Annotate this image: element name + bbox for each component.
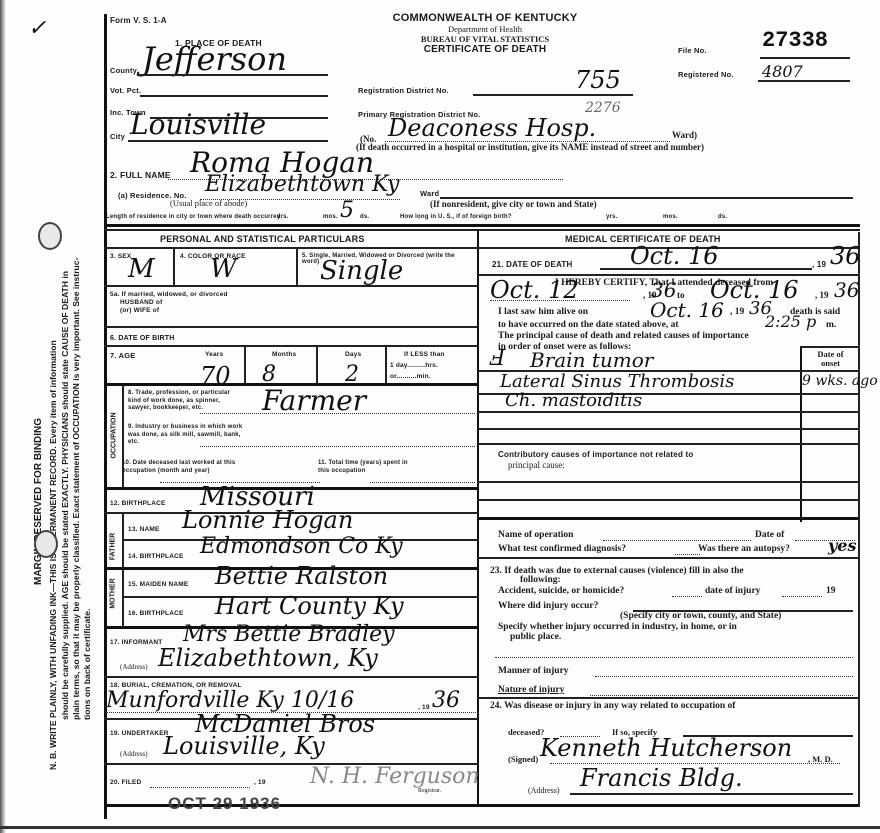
cause-1-mark: Ⅎ	[490, 346, 505, 371]
attended-to-year: 36	[834, 278, 859, 302]
mother-name-value: Bettie Ralston	[215, 562, 388, 590]
address-value: Francis Bldg.	[580, 764, 743, 792]
occupation-side-label: OCCUPATION	[111, 406, 118, 466]
less-than-min: or..........min.	[390, 373, 431, 380]
accident-line	[672, 596, 702, 597]
cause-line	[478, 443, 858, 445]
nature-label: Nature of injury	[498, 685, 564, 695]
attended-from-line	[490, 300, 630, 301]
birthplace-label: 12. BIRTHPLACE	[110, 500, 166, 507]
age-divider	[385, 345, 387, 383]
trade-label: 8. Trade, profession, or particular kind…	[128, 390, 238, 413]
county-label: County	[110, 66, 137, 75]
bureau-title: BUREAU OF VITAL STATISTICS	[360, 34, 610, 44]
registrar-signature: N. H. Ferguson	[310, 764, 480, 789]
autopsy-label: Was there an autopsy?	[698, 544, 790, 554]
signed-label: (Signed)	[508, 754, 538, 764]
row-line	[104, 345, 478, 347]
department-title: Department of Health	[360, 24, 610, 34]
residence-value: Elizabethtown Ky	[205, 172, 400, 197]
race-divider	[296, 247, 298, 285]
length-yrs-label: yrs.	[277, 214, 288, 220]
us-yrs-label: yrs.	[606, 214, 617, 220]
mother-side-label: MOTHER	[110, 574, 117, 614]
binding-hole	[34, 530, 58, 558]
us-residence-label: How long in U. S., if of foreign birth?	[400, 214, 512, 220]
filed-label: 20. FILED	[110, 779, 141, 786]
length-mos-label: mos.	[323, 214, 338, 220]
contributory-label-1: Contributory causes of importance not re…	[498, 450, 693, 459]
specify-city-note: (Specify city or town, county, and State…	[620, 611, 781, 621]
certificate-title: CERTIFICATE OF DEATH	[360, 44, 610, 55]
us-ds-label: ds.	[718, 214, 727, 220]
onset-header: Date of onset	[808, 350, 853, 368]
bottom-edge-line	[0, 826, 880, 829]
autopsy-value: yes	[828, 536, 856, 555]
cause-line	[478, 411, 858, 413]
us-mos-label: mos.	[663, 214, 678, 220]
last-saw-label: I last saw him alive on	[498, 307, 588, 317]
dob-label: 6. DATE OF BIRTH	[110, 335, 175, 342]
trade-line	[200, 413, 475, 414]
form-number: Form V. S. 1-A	[110, 16, 167, 25]
injury-date-line	[782, 596, 822, 597]
spouse-label-line-3: (or) WIFE of	[110, 307, 228, 315]
father-birthplace-value: Edmondson Co Ky	[200, 534, 403, 559]
injury-date-label: date of injury	[705, 586, 760, 596]
city-label: City	[110, 132, 125, 141]
years-label: Years	[205, 351, 223, 358]
county-line	[138, 74, 328, 76]
mother-birthplace-value: Hart County Ky	[215, 592, 404, 620]
page-edge-shadow	[0, 0, 6, 833]
mother-birthplace-label: 16. BIRTHPLACE	[128, 610, 184, 617]
binding-hole	[38, 222, 62, 250]
principal-text-1: The principal cause of death and related…	[498, 331, 749, 341]
informant-address-value: Elizabethtown, Ky	[158, 644, 378, 672]
hospital-note: (If death occurred in a hospital or inst…	[356, 142, 704, 152]
city-line	[128, 140, 328, 142]
md-label: , M. D.	[808, 754, 833, 764]
operation-date-label: Date of	[755, 530, 784, 540]
age-label: 7. AGE	[110, 351, 136, 360]
days-label: Days	[345, 351, 361, 358]
race-value: W	[210, 254, 237, 284]
filed-stamp: OCT 29 1936	[168, 794, 281, 814]
date-of-death-year: 36	[830, 242, 861, 270]
address-line	[570, 793, 853, 795]
cause-2-value: Lateral Sinus Thrombosis	[500, 371, 734, 392]
injury-year-prefix: 19	[826, 586, 836, 596]
length-ds-label: ds.	[360, 214, 369, 220]
occupation-question-2: deceased?	[508, 727, 544, 737]
contributory-line	[478, 517, 858, 520]
street-value: Deaconess Hosp.	[388, 114, 596, 142]
months-label: Months	[272, 351, 296, 358]
row-line	[104, 326, 478, 328]
specify-line	[495, 657, 853, 658]
personal-header: PERSONAL AND STATISTICAL PARTICULARS	[160, 234, 365, 244]
occurred-text: to have occurred on the date stated abov…	[498, 320, 679, 330]
row-line	[104, 676, 478, 678]
undertaker-address-value: Louisville, Ky	[163, 732, 325, 760]
registered-no-value: 4807	[762, 62, 803, 81]
father-side-label: FATHER	[110, 527, 117, 567]
father-birthplace-label: 14. BIRTHPLACE	[128, 553, 184, 560]
section-divider-2	[104, 229, 860, 231]
county-value: Jefferson	[142, 40, 287, 78]
spouse-label: 5a. If married, widowed, or divorced HUS…	[110, 291, 228, 315]
city-value: Louisville	[130, 108, 266, 141]
total-time-line	[370, 482, 475, 483]
margin-instruction-line-3: plain terms, so that it may be properly …	[71, 258, 81, 720]
years-value: 70	[200, 362, 231, 390]
operation-label: Name of operation	[498, 530, 573, 540]
specify-whether-1: Specify whether injury occurred in indus…	[498, 622, 737, 632]
informant-label: 17. INFORMANT	[110, 639, 162, 646]
undertaker-address-label: (Address)	[120, 750, 148, 758]
spouse-label-line-1: 5a. If married, widowed, or divorced	[110, 291, 228, 299]
commonwealth-title: COMMONWEALTH OF KENTUCKY	[360, 12, 610, 24]
file-no-label: File No.	[678, 46, 707, 55]
attended-to-year-prefix: , 19	[815, 290, 829, 300]
row-line	[104, 285, 478, 287]
occurred-time: 2:25 p	[765, 312, 816, 331]
onset-top-line	[800, 346, 858, 348]
nonresident-note: (If nonresident, give city or town and S…	[430, 199, 597, 209]
file-no-value: 27338	[762, 28, 828, 53]
nature-line	[590, 695, 853, 696]
row-line	[478, 697, 858, 699]
informant-address-label: (Address)	[120, 663, 148, 671]
sex-divider	[173, 247, 175, 285]
less-than-day: 1 day.........hrs.	[390, 362, 438, 369]
age-divider	[316, 345, 318, 383]
test-line	[675, 554, 700, 555]
cause-line	[478, 428, 858, 430]
sex-value: M	[128, 254, 155, 284]
usual-place-note: (Usual place of abode)	[170, 198, 247, 208]
row-line	[478, 557, 858, 559]
last-saw-year-prefix: , 19	[730, 307, 744, 317]
specify-whether-2: public place.	[510, 632, 561, 642]
filed-line	[150, 787, 250, 788]
street-label-post: Ward)	[672, 130, 697, 140]
personal-row-line	[104, 247, 478, 249]
date-of-death-year-prefix: , 19	[812, 260, 826, 269]
total-time-label: 11. Total time (years) spent in this occ…	[318, 460, 413, 475]
last-worked-label: 10. Date deceased last worked at this oc…	[122, 460, 237, 475]
last-saw-value: Oct. 16	[650, 298, 724, 322]
occupation-question-1: 24. Was disease or injury in any way rel…	[490, 701, 735, 711]
father-name-value: Lonnie Hogan	[182, 506, 353, 534]
section-divider	[104, 224, 860, 227]
ward-label: Ward	[420, 189, 439, 198]
burial-year-prefix: , 19	[418, 704, 430, 711]
registration-district-value: 755	[575, 66, 621, 94]
manner-label: Manner of injury	[498, 666, 569, 676]
date-of-death-label: 21. DATE OF DEATH	[492, 260, 572, 269]
length-mos-value: 5	[340, 198, 354, 223]
marital-value: Single	[320, 256, 403, 286]
file-no-line	[760, 57, 850, 59]
cause-1-value: Brain tumor	[530, 348, 653, 372]
date-of-death-line	[600, 268, 812, 270]
date-of-death-value: Oct. 16	[630, 242, 719, 270]
registration-district-label: Registration District No.	[358, 86, 449, 95]
industry-line	[200, 446, 475, 447]
occurred-m: m.	[826, 320, 836, 330]
parent-side-divider	[122, 512, 124, 627]
undertaker-label: 19. UNDERTAKER	[110, 730, 169, 737]
checkmark-icon: ✓	[28, 16, 46, 41]
burial-year-value: 36	[432, 688, 460, 713]
less-than-label: If LESS than	[404, 351, 445, 358]
registered-no-line	[758, 80, 850, 82]
form-right-border	[858, 232, 860, 807]
address-label: (Address)	[528, 786, 560, 795]
external-label-2: following:	[520, 575, 561, 585]
full-name-label: 2. FULL NAME	[110, 170, 171, 180]
mother-name-label: 15. MAIDEN NAME	[128, 581, 188, 588]
operation-line	[603, 540, 751, 541]
age-divider	[244, 345, 246, 383]
margin-reserved-text: MARGIN RESERVED FOR BINDING	[33, 418, 44, 585]
industry-label: 9. Industry or business in which work wa…	[128, 424, 248, 447]
registration-district-line	[473, 94, 633, 96]
cause-2-onset: 9 wks. ago	[802, 373, 878, 389]
contributory-label-2: principal cause:	[508, 460, 565, 470]
filed-year-prefix: , 19	[254, 779, 266, 786]
margin-instruction-line-2: should be carefully supplied. AGE should…	[60, 271, 70, 720]
registered-no-label: Registered No.	[678, 70, 734, 79]
vot-pct-line	[140, 95, 328, 97]
signed-value: Kenneth Hutcherson	[540, 734, 792, 762]
test-label: What test confirmed diagnosis?	[498, 544, 626, 554]
cause-3-value: Ch. mastoiditis	[505, 390, 642, 411]
length-residence-label: Length of residence in city or town wher…	[106, 214, 281, 220]
father-name-label: 13. NAME	[128, 526, 160, 533]
certificate-title-block: COMMONWEALTH OF KENTUCKY Department of H…	[360, 12, 610, 55]
manner-line	[595, 676, 853, 677]
where-label: Where did injury occur?	[498, 601, 598, 611]
vot-pct-label: Vot. Pct.	[110, 86, 141, 95]
contributory-line	[478, 481, 858, 483]
spouse-label-line-2: HUSBAND of	[110, 299, 228, 307]
accident-label: Accident, suicide, or homicide?	[498, 586, 624, 596]
contributory-line	[478, 499, 858, 501]
registrar-label: Registrar.	[418, 788, 441, 794]
margin-instruction-line-4: tions on back of certificate.	[82, 609, 92, 720]
